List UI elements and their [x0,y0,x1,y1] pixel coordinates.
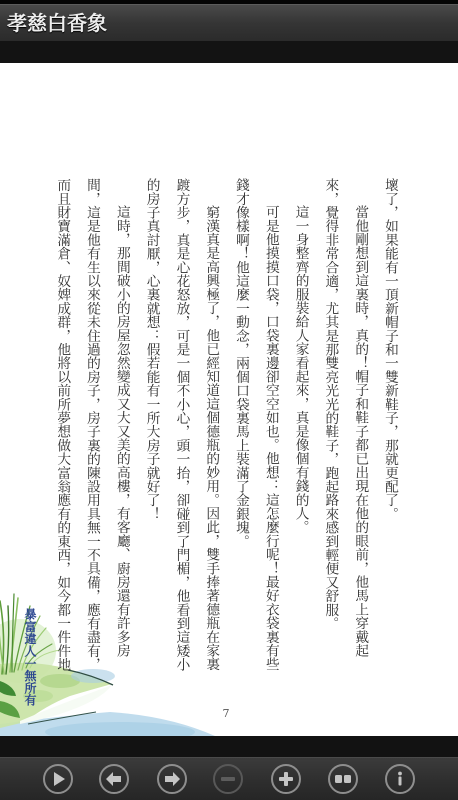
next-page-button[interactable] [157,764,187,794]
illustration-caption: 暴富違人一無所有 [23,608,37,706]
text-column: 可是他摸摸口袋，口袋裏邊卻空空如也。他想：這怎麼行呢！最好衣袋裏有些 [255,178,285,672]
title-bar: 孝慈白香象 [0,4,458,41]
top-spacer [0,41,458,63]
arrow-left-icon [101,766,127,792]
text-column: 壞了，如果能有一頂新帽子和一雙新鞋子，那就更配了。 [374,178,404,672]
arrow-right-icon [159,766,185,792]
text-column: 而且財寶滿倉、奴婢成群，他將以前所夢想做大富翁應有的東西，如今都一件件地 [46,178,76,672]
text-column: 的房子真討厭，心裏就想：假若能有一所大房子就好了！ [136,178,166,672]
plus-icon [273,766,299,792]
book-page[interactable]: 暴富違人一無所有 壞了，如果能有一頂新帽子和一雙新鞋子，那就更配了。 當他剛想到… [0,63,458,736]
info-icon [387,766,413,792]
reader-toolbar [0,757,458,800]
text-column: 窮漢真是高興極了，他已經知道這個德瓶的妙用。因此，雙手捧著德瓶在家裏 [195,178,225,672]
zoom-out-button[interactable] [213,764,243,794]
vertical-text-body: 壞了，如果能有一頂新帽子和一雙新鞋子，那就更配了。 當他剛想到這裏時，真的！帽子… [46,178,404,672]
text-column: 這時，那間破小的房屋忽然變成又大又美的高樓，有客廳、廚房還有許多房 [106,178,136,672]
page-number: 7 [0,707,452,721]
text-column: 錢才像樣啊！他這麼一動念，兩個口袋裏馬上裝滿了金銀塊。 [225,178,255,672]
info-button[interactable] [385,764,415,794]
play-button[interactable] [43,764,73,794]
minus-icon [215,766,241,792]
text-column: 間，這是他有生以來從未住過的房子，房子裏的陳設用具無一不具備，應有盡有， [76,178,106,672]
two-squares-icon [330,766,356,792]
app-title: 孝慈白香象 [7,11,107,35]
page-mode-button[interactable] [328,764,358,794]
text-column: 踱方步，真是心花怒放，可是一個不小心，頭一抬，卻碰到了門楣，他看到這矮小 [166,178,196,672]
text-column: 這一身整齊的服裝給人家看起來，真是像個有錢的人。 [285,178,315,672]
bottom-spacer [0,736,458,757]
play-icon [45,766,71,792]
zoom-in-button[interactable] [271,764,301,794]
text-column: 來，覺得非常合適，尤其是那雙亮光光的鞋子，跑起路來感到輕便又舒服。 [315,178,345,672]
text-column: 當他剛想到這裏時，真的！帽子和鞋子都已出現在他的眼前，他馬上穿戴起 [344,178,374,672]
previous-page-button[interactable] [99,764,129,794]
